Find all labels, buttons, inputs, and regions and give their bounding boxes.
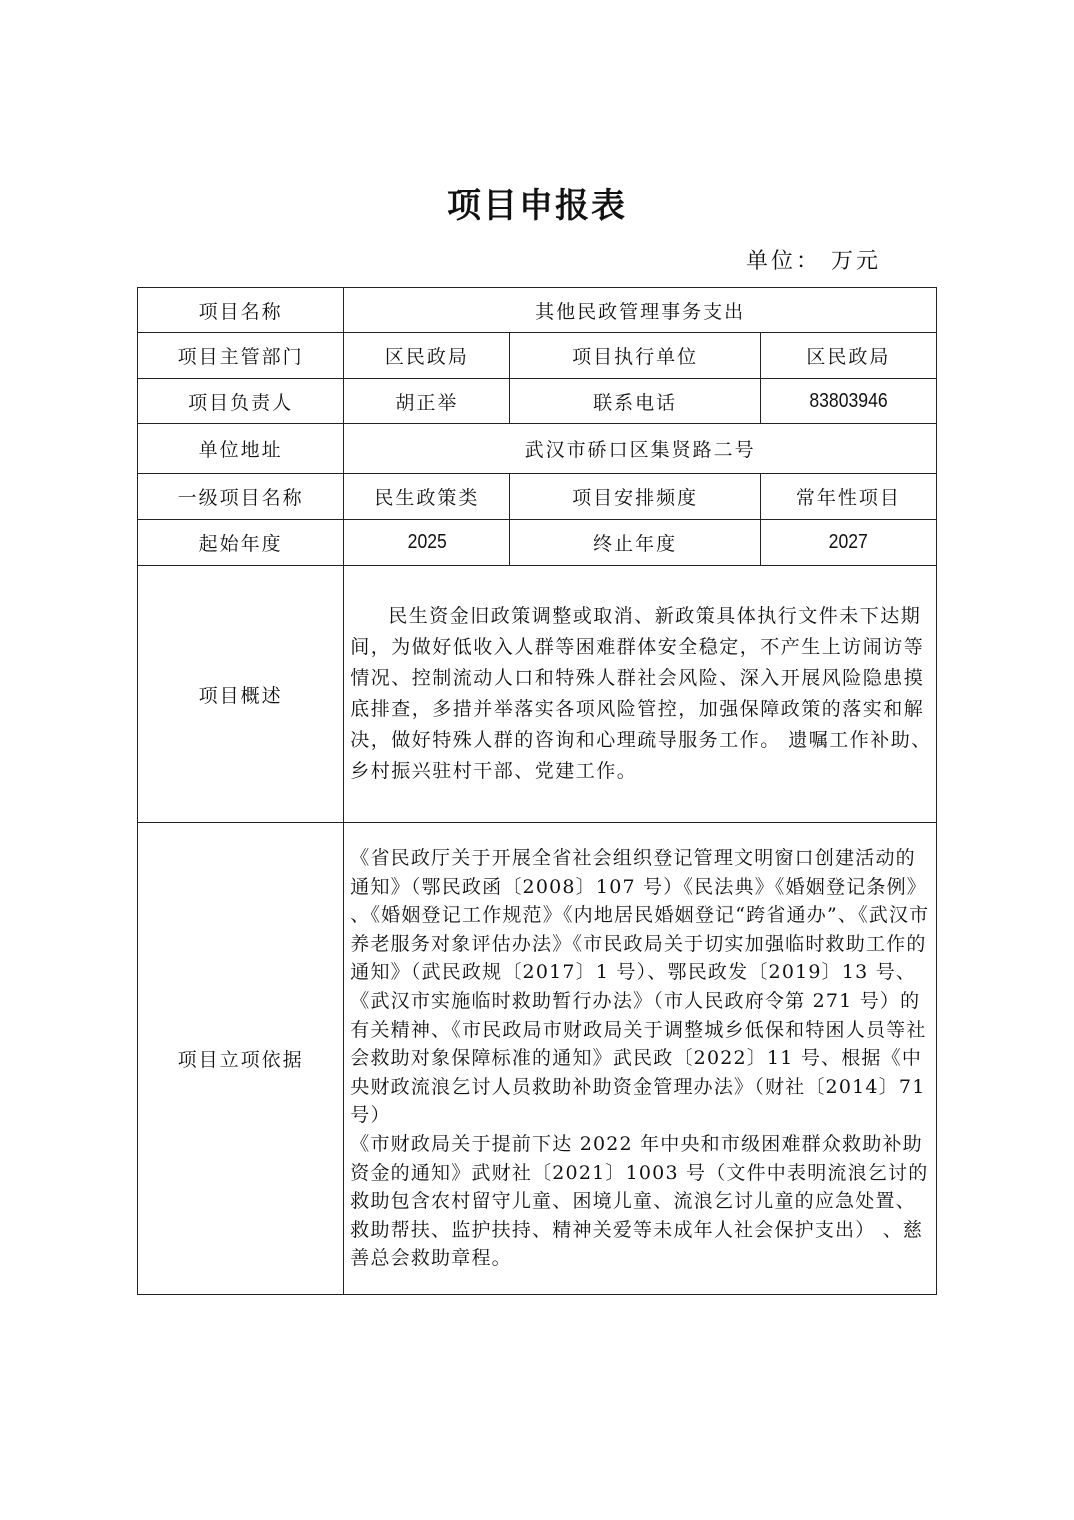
address-value: 武汉市硚口区集贤路二号: [344, 424, 937, 474]
start-year-value: 2025: [344, 520, 510, 566]
basis-label: 项目立项依据: [138, 823, 344, 1295]
row-dept: 项目主管部门 区民政局 项目执行单位 区民政局: [138, 333, 937, 379]
overview-label: 项目概述: [138, 566, 344, 823]
row-years: 起始年度 2025 终止年度 2027: [138, 520, 937, 566]
end-year-number: 2027: [829, 531, 868, 554]
row-overview: 项目概述 民生资金旧政策调整或取消、新政策具体执行文件未下达期间，为做好低收入人…: [138, 566, 937, 823]
leader-value: 胡正举: [344, 379, 510, 424]
row-level1: 一级项目名称 民生政策类 项目安排频度 常年性项目: [138, 474, 937, 520]
row-leader: 项目负责人 胡正举 联系电话 83803946: [138, 379, 937, 424]
project-form-table: 项目名称 其他民政管理事务支出 项目主管部门 区民政局 项目执行单位 区民政局 …: [137, 287, 937, 1295]
end-year-label: 终止年度: [510, 520, 760, 566]
frequency-value: 常年性项目: [760, 474, 936, 520]
unit-label: 单位： 万元: [746, 244, 881, 275]
dept-value: 区民政局: [344, 333, 510, 379]
document-title: 项目申报表: [0, 178, 1074, 227]
basis-paragraph-1: 《省民政厅关于开展全省社会组织登记管理文明窗口创建活动的通知》（鄂民政函〔200…: [344, 844, 936, 1130]
row-basis: 项目立项依据 《省民政厅关于开展全省社会组织登记管理文明窗口创建活动的通知》（鄂…: [138, 823, 937, 1295]
overview-cell: 民生资金旧政策调整或取消、新政策具体执行文件未下达期间，为做好低收入人群等困难群…: [344, 566, 937, 823]
overview-text: 民生资金旧政策调整或取消、新政策具体执行文件未下达期间，为做好低收入人群等困难群…: [344, 601, 936, 787]
phone-number: 83803946: [809, 390, 887, 413]
level1-label: 一级项目名称: [138, 474, 344, 520]
end-year-value: 2027: [760, 520, 936, 566]
basis-paragraph-2: 《市财政局关于提前下达 2022 年中央和市级困难群众救助补助资金的通知》武财社…: [344, 1130, 936, 1273]
phone-value: 83803946: [760, 379, 936, 424]
basis-cell: 《省民政厅关于开展全省社会组织登记管理文明窗口创建活动的通知》（鄂民政函〔200…: [344, 823, 937, 1295]
address-label: 单位地址: [138, 424, 344, 474]
exec-unit-label: 项目执行单位: [510, 333, 760, 379]
frequency-label: 项目安排频度: [510, 474, 760, 520]
row-address: 单位地址 武汉市硚口区集贤路二号: [138, 424, 937, 474]
exec-unit-value: 区民政局: [760, 333, 936, 379]
project-name-label: 项目名称: [138, 288, 344, 333]
start-year-number: 2025: [407, 531, 446, 554]
row-project-name: 项目名称 其他民政管理事务支出: [138, 288, 937, 333]
level1-value: 民生政策类: [344, 474, 510, 520]
leader-label: 项目负责人: [138, 379, 344, 424]
project-name-value: 其他民政管理事务支出: [344, 288, 937, 333]
phone-label: 联系电话: [510, 379, 760, 424]
dept-label: 项目主管部门: [138, 333, 344, 379]
start-year-label: 起始年度: [138, 520, 344, 566]
